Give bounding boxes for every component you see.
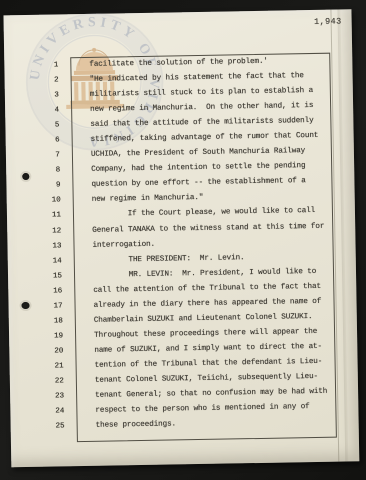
line-number: 10 — [33, 197, 61, 205]
line-number: 13 — [33, 242, 61, 250]
line-text: interrogation. — [92, 240, 155, 249]
line-text: THE PRESIDENT: Mr. Levin. — [93, 254, 245, 265]
document-page: UNIVERSITY OF VIRGINIA 1,943 1facilitate… — [3, 9, 359, 467]
line-number: 22 — [36, 377, 64, 385]
line-number: 12 — [33, 227, 61, 235]
line-number: 11 — [33, 212, 61, 220]
line-number: 14 — [34, 257, 62, 265]
line-number: 15 — [34, 272, 62, 280]
line-number: 8 — [32, 167, 60, 175]
line-number: 21 — [36, 362, 64, 370]
line-number: 4 — [31, 107, 59, 115]
line-text: new regime in Manchuria." — [92, 194, 204, 204]
line-text: facilitate the solution of the problem.' — [89, 58, 268, 69]
line-number: 3 — [31, 92, 59, 100]
line-number: 20 — [35, 347, 63, 355]
line-number: 17 — [34, 302, 62, 310]
line-number: 23 — [36, 392, 64, 400]
line-number: 18 — [35, 317, 63, 325]
line-number: 9 — [32, 182, 60, 190]
hole-punch — [21, 302, 29, 309]
line-number: 1 — [30, 61, 58, 69]
line-number: 19 — [35, 332, 63, 340]
line-number: 6 — [32, 137, 60, 145]
line-number: 24 — [36, 407, 64, 415]
line-number: 2 — [31, 76, 59, 84]
line-number: 25 — [37, 422, 65, 430]
line-number: 16 — [34, 287, 62, 295]
line-number: 5 — [31, 122, 59, 130]
page-number: 1,943 — [314, 16, 342, 26]
line-number: 7 — [32, 152, 60, 160]
line-text: these proceedings. — [96, 421, 176, 430]
transcript-lines: 1facilitate the solution of the problem.… — [30, 56, 349, 438]
hole-punch — [22, 173, 29, 180]
